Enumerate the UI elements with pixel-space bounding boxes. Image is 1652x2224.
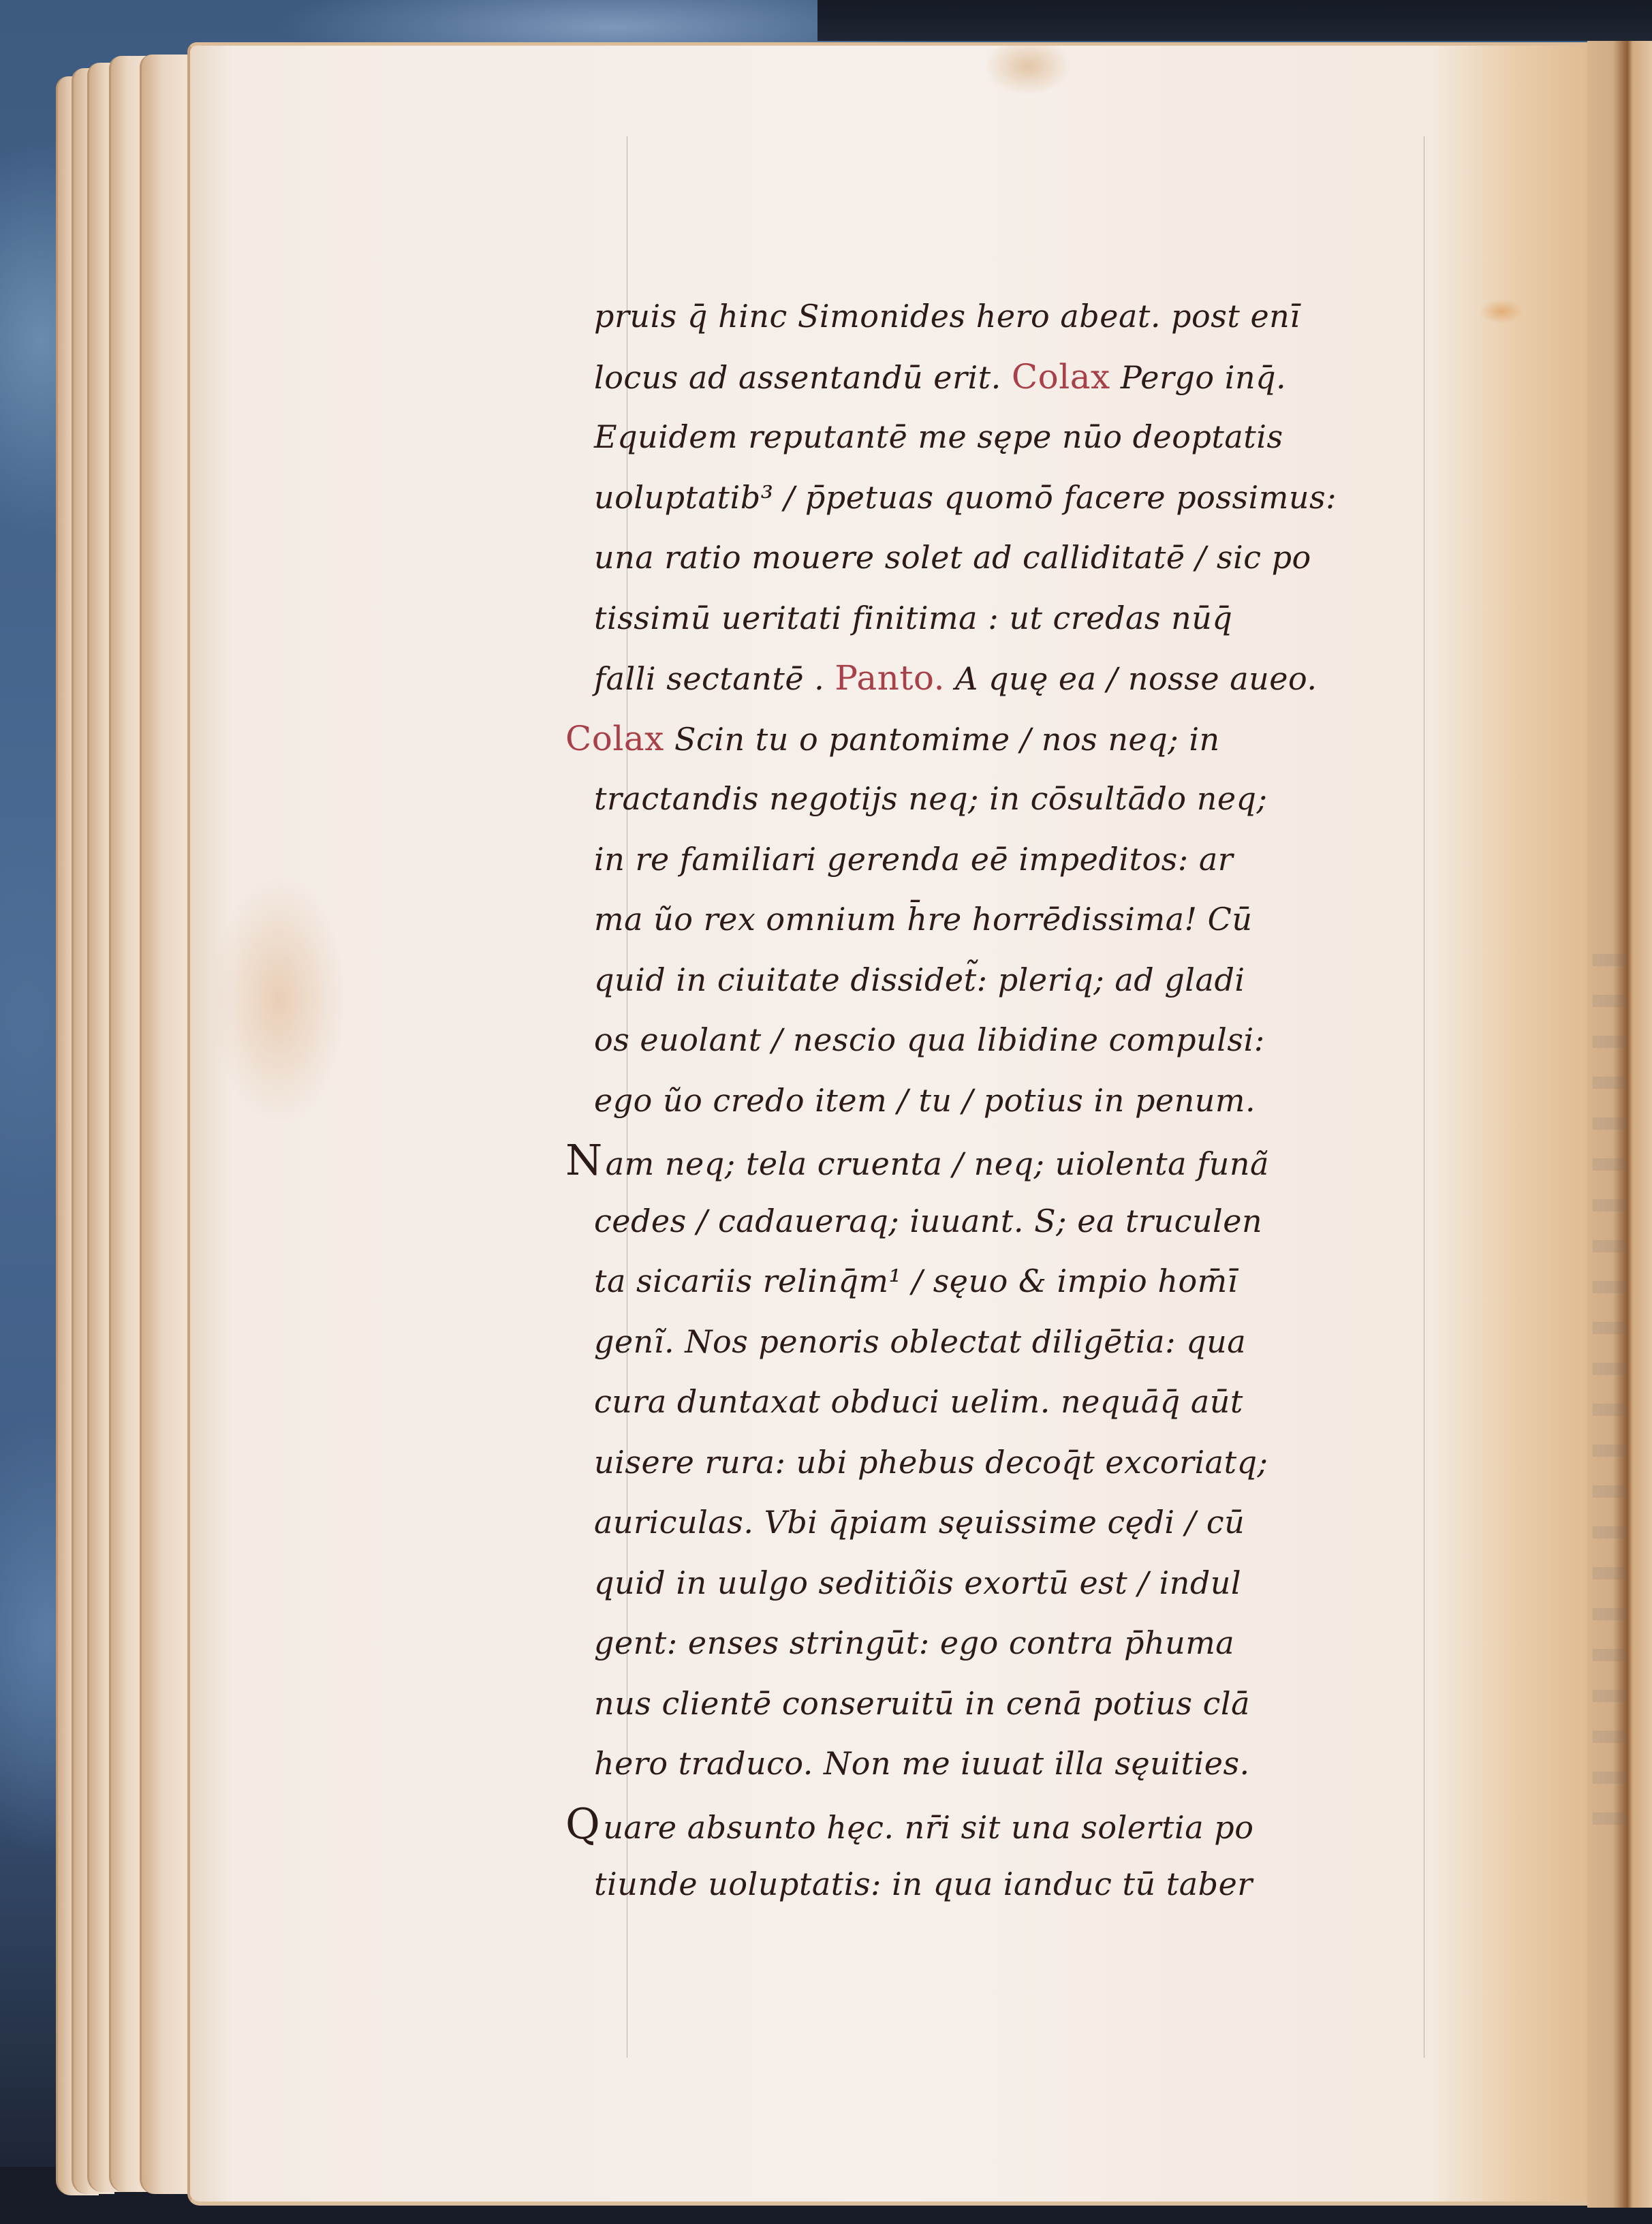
text-line: Quare absunto hęc. nr̄i sit una solertia… xyxy=(565,1794,1451,1855)
text-segment: am neq; tela cruenta / neq; uiolenta fun… xyxy=(606,1145,1269,1182)
text-line: tractandis negotijs neq; in cōsultādo … xyxy=(565,769,1451,829)
text-line: Equidem reputantē me sępe nūo deoptati… xyxy=(565,407,1451,467)
text-segment: Scin tu o pantomime / nos neq; in xyxy=(664,721,1220,758)
text-segment: tiunde uoluptatis: in qua ianduc tū tab… xyxy=(594,1866,1253,1902)
text-segment: hero traduco. Non me iuuat illa sęuities… xyxy=(594,1745,1250,1782)
text-line: in re familiari gerenda eē impeditos: ar xyxy=(565,829,1451,890)
text-segment: uare absunto hęc. nr̄i sit una solertia … xyxy=(603,1809,1253,1846)
text-segment: os euolant / nescio qua libidine compuls… xyxy=(594,1021,1265,1058)
text-segment: quid in ciuitate dissidet̃: pleriq; ad g… xyxy=(594,961,1245,998)
initial-letter: N xyxy=(565,1135,603,1185)
text-segment: genĩ. Nos penoris oblectat diligētia: … xyxy=(594,1323,1246,1360)
text-line: hero traduco. Non me iuuat illa sęuities… xyxy=(565,1733,1451,1794)
text-segment: tractandis negotijs neq; in cōsultādo … xyxy=(594,780,1268,817)
text-line: gent: enses stringūt: ego contra p̄huma xyxy=(565,1613,1451,1673)
text-segment: falli sectantē . xyxy=(594,660,835,697)
text-segment: A quę ea / nosse aueo. xyxy=(945,660,1317,697)
binding-shadow-top xyxy=(817,0,1652,41)
text-line: pruis q̄ hinc Simonides hero abeat. post… xyxy=(565,286,1451,347)
rubric-speaker-name: Colax xyxy=(1012,357,1110,397)
text-line: cura duntaxat obduci uelim. nequāq̄ aū… xyxy=(565,1372,1451,1432)
facing-page-show-through xyxy=(1593,954,1627,1840)
text-segment: una ratio mouere solet ad calliditatē /… xyxy=(594,539,1311,576)
text-segment: ego ũo credo item / tu / potius in penu… xyxy=(594,1082,1256,1119)
text-block: pruis q̄ hinc Simonides hero abeat. post… xyxy=(565,286,1451,1915)
text-segment: locus ad assentandū erit. xyxy=(594,359,1012,396)
text-segment: Pergo inq̄. xyxy=(1110,359,1286,396)
text-segment: tissimū ueritati finitima : ut credas n… xyxy=(594,600,1232,636)
text-line: Nam neq; tela cruenta / neq; uiolenta fu… xyxy=(565,1130,1451,1191)
text-line: ego ũo credo item / tu / potius in penu… xyxy=(565,1070,1451,1131)
text-line: quid in uulgo seditiõis exortū est / i… xyxy=(565,1553,1451,1613)
text-segment: ta sicariis relinq̄m¹ / sęuo & impio hom… xyxy=(594,1263,1238,1299)
text-line: locus ad assentandū erit. Colax Pergo i… xyxy=(565,347,1451,407)
text-line: os euolant / nescio qua libidine compuls… xyxy=(565,1010,1451,1070)
text-line: ma ũo rex omnium h̄re horrēdissima! Cu… xyxy=(565,889,1451,950)
text-segment: uoluptatib³ / p̄petuas quomō facere pos… xyxy=(594,479,1337,516)
text-line: nus clientē conseruitū in cenā potius… xyxy=(565,1673,1451,1734)
text-segment: nus clientē conseruitū in cenā potius… xyxy=(594,1685,1250,1722)
text-line: auriculas. Vbi q̄piam sęuissime cędi / c… xyxy=(565,1492,1451,1553)
text-line: tissimū ueritati finitima : ut credas n… xyxy=(565,588,1451,649)
text-line: una ratio mouere solet ad calliditatē /… xyxy=(565,527,1451,588)
text-line: uoluptatib³ / p̄petuas quomō facere pos… xyxy=(565,467,1451,528)
text-segment: cedes / cadaueraq; iuuant. S; ea trucule… xyxy=(594,1203,1262,1239)
rubric-speaker-name: Panto. xyxy=(835,658,945,698)
text-line: Colax Scin tu o pantomime / nos neq; in xyxy=(565,709,1451,769)
text-segment: gent: enses stringūt: ego contra p̄huma xyxy=(594,1624,1234,1661)
text-line: falli sectantē . Panto. A quę ea / noss… xyxy=(565,648,1451,709)
text-segment: cura duntaxat obduci uelim. nequāq̄ aū… xyxy=(594,1383,1243,1420)
text-segment: ma ũo rex omnium h̄re horrēdissima! Cu… xyxy=(594,901,1252,938)
text-segment: Equidem reputantē me sępe nūo deoptati… xyxy=(594,418,1283,455)
text-line: tiunde uoluptatis: in qua ianduc tū tab… xyxy=(565,1854,1451,1915)
text-line: genĩ. Nos penoris oblectat diligētia: … xyxy=(565,1312,1451,1372)
text-segment: pruis q̄ hinc Simonides hero abeat. post… xyxy=(594,298,1300,335)
text-segment: in re familiari gerenda eē impeditos: ar xyxy=(594,841,1233,878)
initial-letter: Q xyxy=(565,1799,600,1849)
text-segment: quid in uulgo seditiõis exortū est / i… xyxy=(594,1564,1241,1601)
text-line: ta sicariis relinq̄m¹ / sęuo & impio hom… xyxy=(565,1251,1451,1312)
text-segment: uisere rura: ubi phebus decoq̄t excoriat… xyxy=(594,1444,1268,1481)
text-line: quid in ciuitate dissidet̃: pleriq; ad g… xyxy=(565,950,1451,1010)
text-line: cedes / cadaueraq; iuuant. S; ea trucule… xyxy=(565,1191,1451,1252)
rubric-speaker-name: Colax xyxy=(565,719,664,758)
text-segment: auriculas. Vbi q̄piam sęuissime cędi / c… xyxy=(594,1504,1245,1541)
text-line: uisere rura: ubi phebus decoq̄t excoriat… xyxy=(565,1432,1451,1493)
